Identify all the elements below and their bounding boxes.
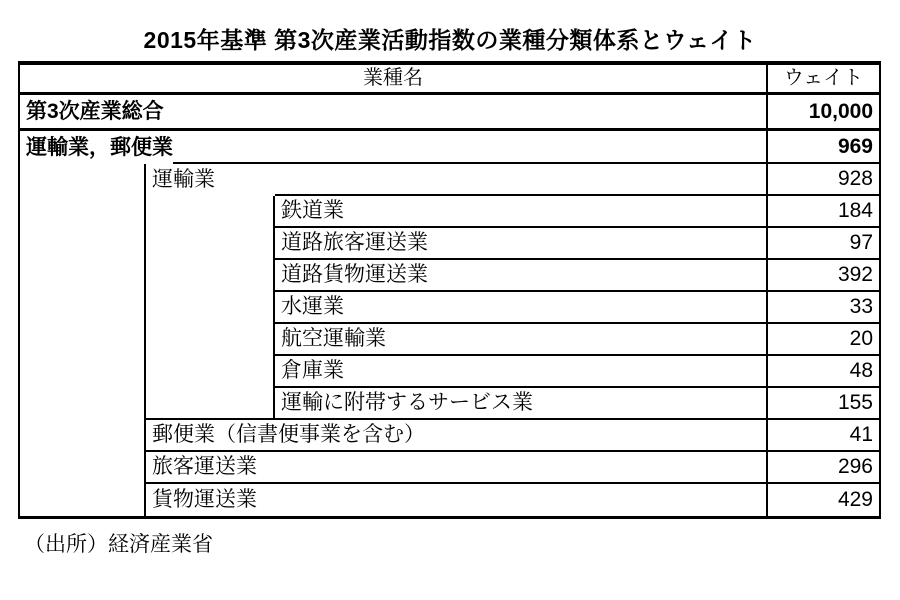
industry-name-cell: 貨物運送業 [146, 484, 766, 516]
page-title: 2015年基準 第3次産業活動指数の業種分類体系とウェイト [0, 0, 900, 56]
industry-name-cell: 航空運輸業 [275, 324, 766, 356]
table-row: 貨物運送業 429 [20, 484, 879, 516]
weight-value-cell: 10,000 [766, 95, 879, 131]
industry-name-cell: 鉄道業 [275, 196, 766, 228]
table-row: 運輸業 928 [20, 164, 879, 196]
table-row: 旅客運送業 296 [20, 452, 879, 484]
indent-spacer [173, 131, 766, 164]
table-row: 鉄道業 184 [20, 196, 879, 228]
table-row: 郵便業（信書便事業を含む） 41 [20, 420, 879, 452]
industry-name-cell: 水運業 [275, 292, 766, 324]
indent-spacer [20, 324, 146, 356]
indent-spacer [20, 388, 146, 420]
weight-value-cell: 48 [766, 356, 879, 388]
header-industry-name-cell: 業種名 [20, 65, 766, 95]
industry-name-cell: 運輸業 [146, 164, 275, 196]
indent-spacer [20, 292, 146, 324]
weight-value-cell: 184 [766, 196, 879, 228]
indent-spacer [146, 260, 275, 292]
source-note: （出所）経済産業省 [24, 528, 900, 558]
indent-spacer [20, 452, 146, 484]
industry-name-cell: 倉庫業 [275, 356, 766, 388]
weight-value-cell: 296 [766, 452, 879, 484]
industry-name-cell: 郵便業（信書便事業を含む） [146, 420, 766, 452]
table-row: 道路旅客運送業 97 [20, 228, 879, 260]
weight-value-cell: 928 [766, 164, 879, 196]
table-header-row: 業種名 ウェイト [20, 65, 879, 95]
industry-weight-table: 業種名 ウェイト 第3次産業総合 10,000 運輸業，郵便業 969 運輸業 … [18, 61, 881, 519]
weight-value-cell: 20 [766, 324, 879, 356]
table-row: 運輸業，郵便業 969 [20, 131, 879, 164]
indent-spacer [146, 196, 275, 228]
industry-name-cell: 道路貨物運送業 [275, 260, 766, 292]
industry-name-cell: 運輸業，郵便業 [20, 131, 173, 164]
table-row: 水運業 33 [20, 292, 879, 324]
industry-name-cell: 旅客運送業 [146, 452, 766, 484]
indent-spacer [146, 292, 275, 324]
page: 2015年基準 第3次産業活動指数の業種分類体系とウェイト 業種名 ウェイト 第… [0, 0, 900, 600]
indent-spacer [146, 228, 275, 260]
indent-spacer [20, 196, 146, 228]
indent-spacer [20, 484, 146, 516]
indent-spacer [20, 420, 146, 452]
indent-spacer [275, 164, 766, 196]
weight-value-cell: 97 [766, 228, 879, 260]
header-weight-cell: ウェイト [766, 65, 879, 95]
weight-value-cell: 41 [766, 420, 879, 452]
indent-spacer [20, 164, 146, 196]
table-row: 倉庫業 48 [20, 356, 879, 388]
table-row: 第3次産業総合 10,000 [20, 95, 879, 131]
indent-spacer [146, 356, 275, 388]
indent-spacer [20, 228, 146, 260]
table-row: 運輸に附帯するサービス業 155 [20, 388, 879, 420]
weight-value-cell: 969 [766, 131, 879, 164]
weight-value-cell: 429 [766, 484, 879, 516]
industry-name-cell: 運輸に附帯するサービス業 [275, 388, 766, 420]
weight-value-cell: 33 [766, 292, 879, 324]
weight-value-cell: 392 [766, 260, 879, 292]
industry-name-cell: 第3次産業総合 [20, 95, 766, 131]
indent-spacer [146, 388, 275, 420]
table-row: 道路貨物運送業 392 [20, 260, 879, 292]
industry-name-cell: 道路旅客運送業 [275, 228, 766, 260]
indent-spacer [20, 260, 146, 292]
table-row: 航空運輸業 20 [20, 324, 879, 356]
indent-spacer [146, 324, 275, 356]
indent-spacer [20, 356, 146, 388]
weight-value-cell: 155 [766, 388, 879, 420]
